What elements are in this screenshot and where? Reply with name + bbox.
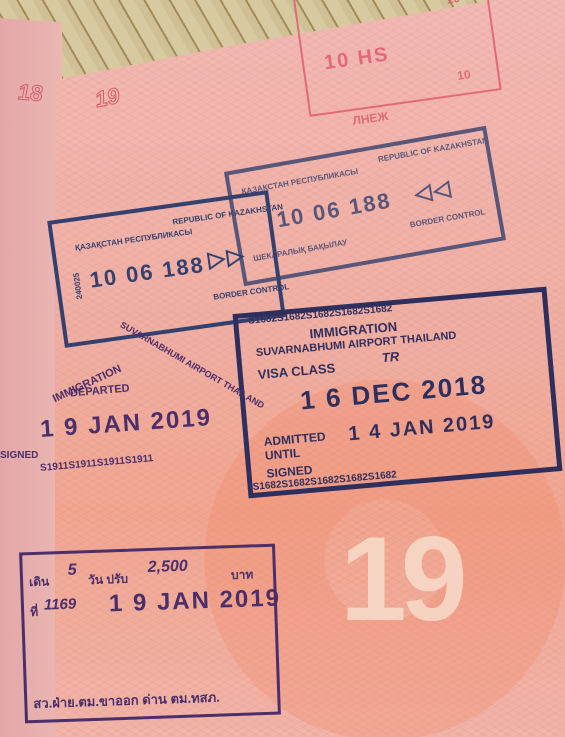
- fee-fine-value: 2,500: [147, 558, 188, 577]
- admitted-until-label: ADMITTED UNTIL: [263, 429, 335, 463]
- fee-fine-label: วัน ปรับ: [88, 570, 129, 590]
- visa-class-label: VISA CLASS: [257, 360, 336, 382]
- visa-class-value: TR: [381, 349, 400, 365]
- admitted-until-date: 1 4 JAN 2019: [348, 411, 497, 447]
- fee-days-label: เดิน: [29, 572, 50, 592]
- kz-entry-control: BORDER CONTROL: [409, 207, 486, 229]
- kz-exit-control: BORDER CONTROL: [213, 282, 290, 302]
- kz-exit-side-code: 240025: [72, 272, 85, 300]
- kz-exit-date: 10 06 188: [88, 252, 206, 294]
- thailand-departure-stamp: IMMIGRATION SUVARNABHUMI AIRPORT THAILAN…: [0, 330, 265, 490]
- departure-date: 1 9 JAN 2019: [39, 404, 213, 444]
- arrival-date: 1 6 DEC 2018: [299, 369, 488, 416]
- exit-arrow-icon: ▷▷: [206, 242, 247, 273]
- page-number-left: 18: [18, 79, 42, 107]
- fee-currency: บาท: [231, 565, 254, 585]
- departure-serial-bottom: S1911S1911S1911S1911: [40, 453, 154, 474]
- thailand-overstay-fine-stamp: เดิน 5 วัน ปรับ 2,500 บาท ที่ 1169 1 9 J…: [19, 544, 281, 724]
- watermark-number: 19: [340, 510, 461, 648]
- fee-receipt-number: 1169: [44, 596, 77, 614]
- page-number-right: 19: [93, 83, 122, 114]
- kz-exit-country-en: REPUBLIC OF KAZAKHSTAN: [172, 202, 284, 226]
- fee-footer: สว.ฝ่าย.ตม.ขาออก ด่าน ตม.ทสภ.: [33, 687, 220, 714]
- entry-arrow-icon: ◁◁: [412, 175, 454, 207]
- kz-entry-date: 10 06 188: [275, 188, 394, 234]
- kz-exit-country-kz: ҚАЗАҚСТАН РЕСПУБЛИКАСЫ: [75, 227, 193, 252]
- red-stamp-corner-bottom: 10: [456, 67, 471, 83]
- fee-receipt-label: ที่: [30, 603, 39, 622]
- departure-signed-label: SIGNED: [0, 450, 38, 461]
- fee-days-value: 5: [67, 562, 77, 580]
- fee-date: 1 9 JAN 2019: [108, 584, 281, 618]
- red-stamp-corner-top: 10: [446, 0, 461, 7]
- departure-airport: SUVARNABHUMI AIRPORT THAILAND: [119, 320, 266, 411]
- thailand-arrival-stamp: S1682S1682S1682S1682S1682 IMMIGRATION SU…: [233, 287, 563, 499]
- red-stamp-date: 10 HS: [323, 43, 391, 75]
